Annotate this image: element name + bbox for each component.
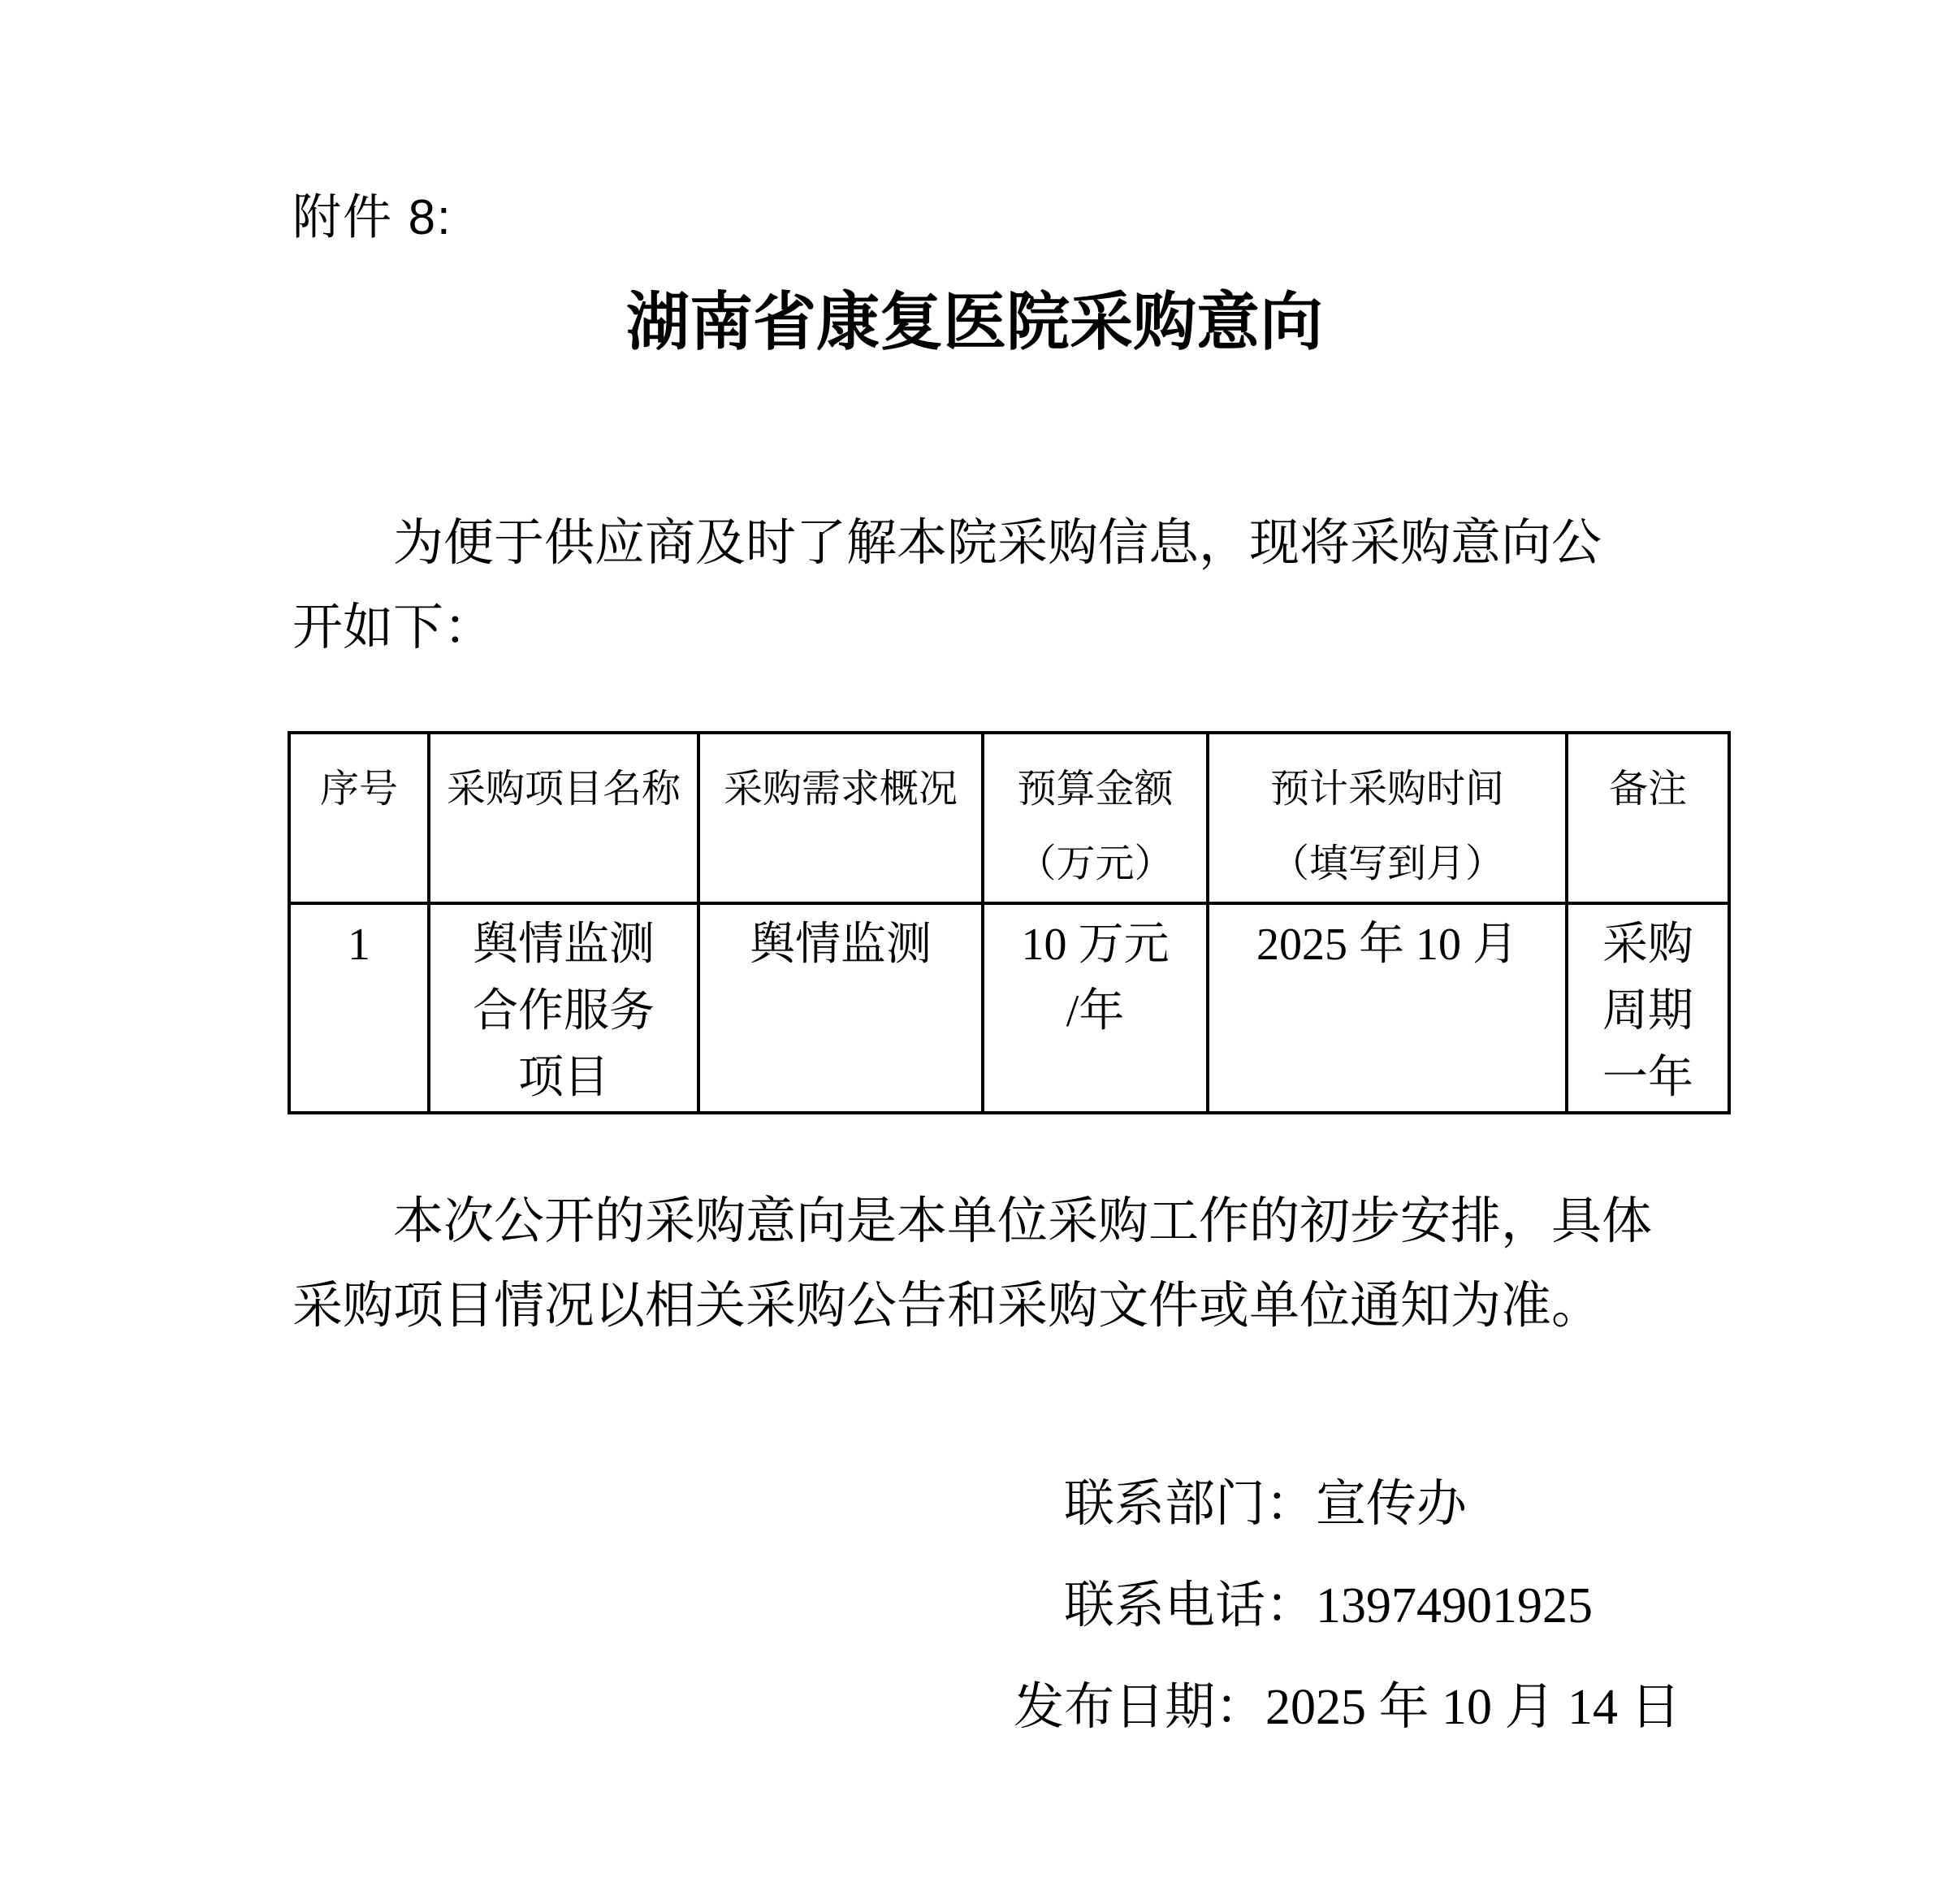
cell-demand-overview: 舆情监测: [698, 903, 983, 1113]
attachment-label: 附件 8:: [292, 187, 1738, 249]
table-header: 序号 采购项目名称 采购需求概况 预算金额 （万元） 预计采购时间 （填写到月）…: [289, 733, 1729, 903]
cell-seq: 1: [289, 903, 429, 1113]
header-remark: 备注: [1567, 733, 1729, 903]
table-row: 1 舆情监测 合作服务 项目 舆情监测 10 万元 /年 2025 年 10 月…: [289, 903, 1729, 1113]
cell-planned-time: 2025 年 10 月: [1208, 903, 1567, 1113]
page-title: 湖南省康复医院采购意向: [292, 284, 1657, 361]
procurement-table: 序号 采购项目名称 采购需求概况 预算金额 （万元） 预计采购时间 （填写到月）…: [288, 731, 1731, 1114]
document-page: 附件 8: 湖南省康复医院采购意向 为便于供应商及时了解本院采购信息，现将采购意…: [0, 0, 1933, 1904]
header-planned-time: 预计采购时间 （填写到月）: [1208, 733, 1567, 903]
cell-budget: 10 万元 /年: [983, 903, 1208, 1113]
intro-paragraph: 为便于供应商及时了解本院采购信息，现将采购意向公 开如下：: [292, 501, 1738, 670]
table-header-row: 序号 采购项目名称 采购需求概况 预算金额 （万元） 预计采购时间 （填写到月）…: [289, 733, 1729, 903]
note-paragraph: 本次公开的采购意向是本单位采购工作的初步安排，具体 采购项目情况以相关采购公告和…: [292, 1179, 1738, 1348]
header-budget: 预算金额 （万元）: [983, 733, 1208, 903]
header-seq: 序号: [289, 733, 429, 903]
header-project-name: 采购项目名称: [429, 733, 698, 903]
cell-project-name: 舆情监测 合作服务 项目: [429, 903, 698, 1113]
publish-date-line: 发布日期：2025 年 10 月 14 日: [1014, 1657, 1738, 1759]
cell-remark: 采购 周期 一年: [1567, 903, 1729, 1113]
table-body: 1 舆情监测 合作服务 项目 舆情监测 10 万元 /年 2025 年 10 月…: [289, 903, 1729, 1113]
header-demand-overview: 采购需求概况: [698, 733, 983, 903]
contact-department-line: 联系部门：宣传办: [1064, 1454, 1738, 1556]
contact-phone-line: 联系电话：13974901925: [1064, 1556, 1738, 1657]
contact-block: 联系部门：宣传办 联系电话：13974901925 发布日期：2025 年 10…: [292, 1454, 1738, 1759]
